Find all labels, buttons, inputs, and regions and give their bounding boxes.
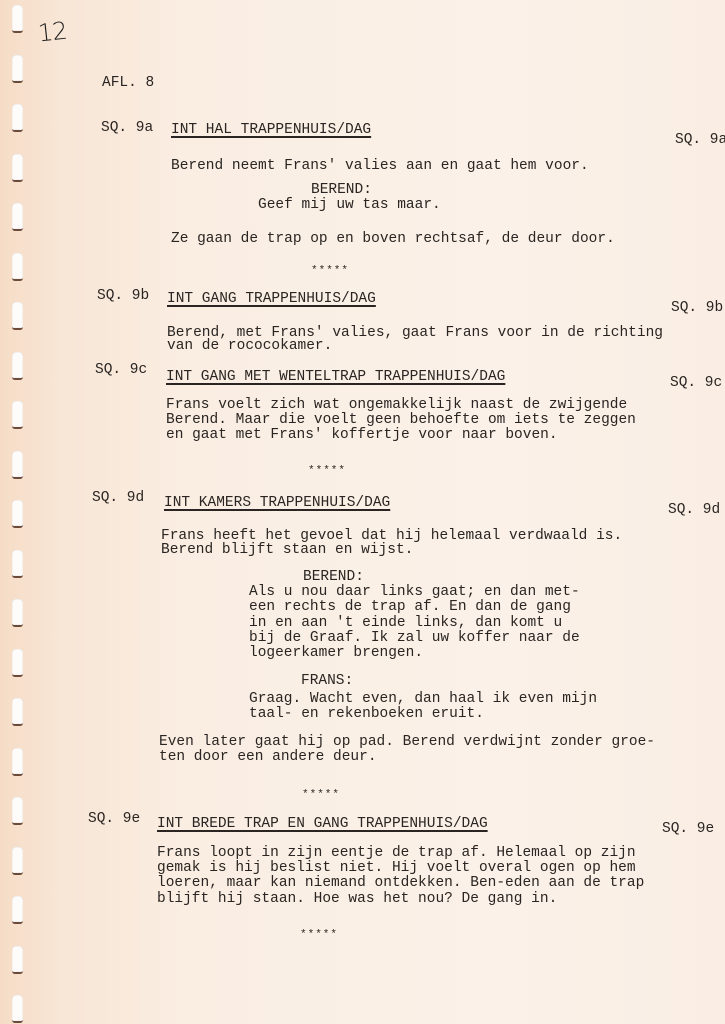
script-page: 12 AFL. 8 SQ. 9a INT HAL TRAPPENHUIS/DAG… bbox=[0, 0, 725, 1024]
scene-separator: ***** bbox=[300, 928, 338, 943]
character-name: FRANS: bbox=[301, 674, 353, 689]
binding-holes bbox=[12, 0, 28, 1024]
action-line: ten door een andere deur. bbox=[159, 750, 377, 765]
binding-hole bbox=[12, 203, 23, 231]
scene-heading: INT GANG MET WENTELTRAP TRAPPENHUIS/DAG bbox=[166, 370, 505, 385]
scene-number-right: SQ. 9c bbox=[670, 376, 722, 391]
binding-hole bbox=[12, 253, 23, 281]
action-line: loeren, maar kan niemand ontdekken. Ben-… bbox=[157, 876, 644, 891]
scene-heading: INT GANG TRAPPENHUIS/DAG bbox=[167, 292, 376, 307]
dialogue-line: logeerkamer brengen. bbox=[249, 646, 423, 661]
scene-number-left: SQ. 9a bbox=[101, 121, 153, 136]
binding-hole bbox=[12, 302, 23, 330]
binding-hole bbox=[12, 104, 23, 132]
binding-hole bbox=[12, 995, 23, 1023]
binding-hole bbox=[12, 847, 23, 875]
dialogue-line: Als u nou daar links gaat; en dan met- bbox=[249, 585, 580, 600]
binding-hole bbox=[12, 698, 23, 726]
action-line: Berend. Maar die voelt geen behoefte om … bbox=[166, 413, 636, 428]
dialogue-line: een rechts de trap af. En dan de gang bbox=[249, 600, 571, 615]
scene-heading: INT BREDE TRAP EN GANG TRAPPENHUIS/DAG bbox=[157, 817, 488, 832]
action-line: Frans loopt in zijn eentje de trap af. H… bbox=[157, 846, 636, 861]
scene-number-right: SQ. 9e bbox=[662, 822, 714, 837]
episode-label: AFL. 8 bbox=[102, 76, 154, 91]
scene-number-left: SQ. 9b bbox=[97, 289, 149, 304]
binding-hole bbox=[12, 946, 23, 974]
binding-hole bbox=[12, 55, 23, 83]
scene-number-right: SQ. 9a bbox=[675, 133, 725, 148]
action-line: en gaat met Frans' koffertje voor naar b… bbox=[166, 428, 558, 443]
character-name: BEREND: bbox=[303, 570, 364, 585]
scene-separator: ***** bbox=[302, 788, 340, 803]
scene-number-left: SQ. 9d bbox=[92, 491, 144, 506]
binding-hole bbox=[12, 5, 23, 33]
character-name: BEREND: bbox=[311, 183, 372, 198]
handwritten-page-number: 12 bbox=[37, 17, 68, 48]
scene-number-right: SQ. 9b bbox=[671, 301, 723, 316]
binding-hole bbox=[12, 451, 23, 479]
scene-heading: INT HAL TRAPPENHUIS/DAG bbox=[171, 123, 371, 138]
action-line: Ze gaan de trap op en boven rechtsaf, de… bbox=[171, 232, 615, 247]
binding-hole bbox=[12, 401, 23, 429]
binding-hole bbox=[12, 352, 23, 380]
dialogue-line: Geef mij uw tas maar. bbox=[258, 198, 441, 213]
action-line: van de rococokamer. bbox=[167, 339, 332, 354]
action-line: blijft hij staan. Hoe was het nou? De ga… bbox=[157, 892, 557, 907]
action-line: Berend neemt Frans' valies aan en gaat h… bbox=[171, 159, 589, 174]
binding-hole bbox=[12, 154, 23, 182]
dialogue-line: bij de Graaf. Ik zal uw koffer naar de bbox=[249, 631, 580, 646]
binding-hole bbox=[12, 500, 23, 528]
scene-separator: ***** bbox=[311, 264, 349, 279]
scene-separator: ***** bbox=[308, 464, 346, 479]
dialogue-line: Graag. Wacht even, dan haal ik even mijn bbox=[249, 692, 597, 707]
action-line: Frans voelt zich wat ongemakkelijk naast… bbox=[166, 398, 627, 413]
binding-hole bbox=[12, 896, 23, 924]
action-line: Berend blijft staan en wijst. bbox=[161, 543, 413, 558]
scene-number-left: SQ. 9c bbox=[95, 363, 147, 378]
binding-hole bbox=[12, 550, 23, 578]
scene-number-left: SQ. 9e bbox=[88, 812, 140, 827]
scene-number-right: SQ. 9d bbox=[668, 503, 720, 518]
dialogue-line: taal- en rekenboeken eruit. bbox=[249, 707, 484, 722]
action-line: Even later gaat hij op pad. Berend verdw… bbox=[159, 735, 655, 750]
binding-hole bbox=[12, 748, 23, 776]
binding-hole bbox=[12, 797, 23, 825]
scene-heading: INT KAMERS TRAPPENHUIS/DAG bbox=[164, 496, 390, 511]
binding-hole bbox=[12, 649, 23, 677]
action-line: gemak is hij beslist niet. Hij voelt ove… bbox=[157, 861, 636, 876]
dialogue-line: in en aan 't einde links, dan komt u bbox=[249, 616, 562, 631]
binding-hole bbox=[12, 599, 23, 627]
